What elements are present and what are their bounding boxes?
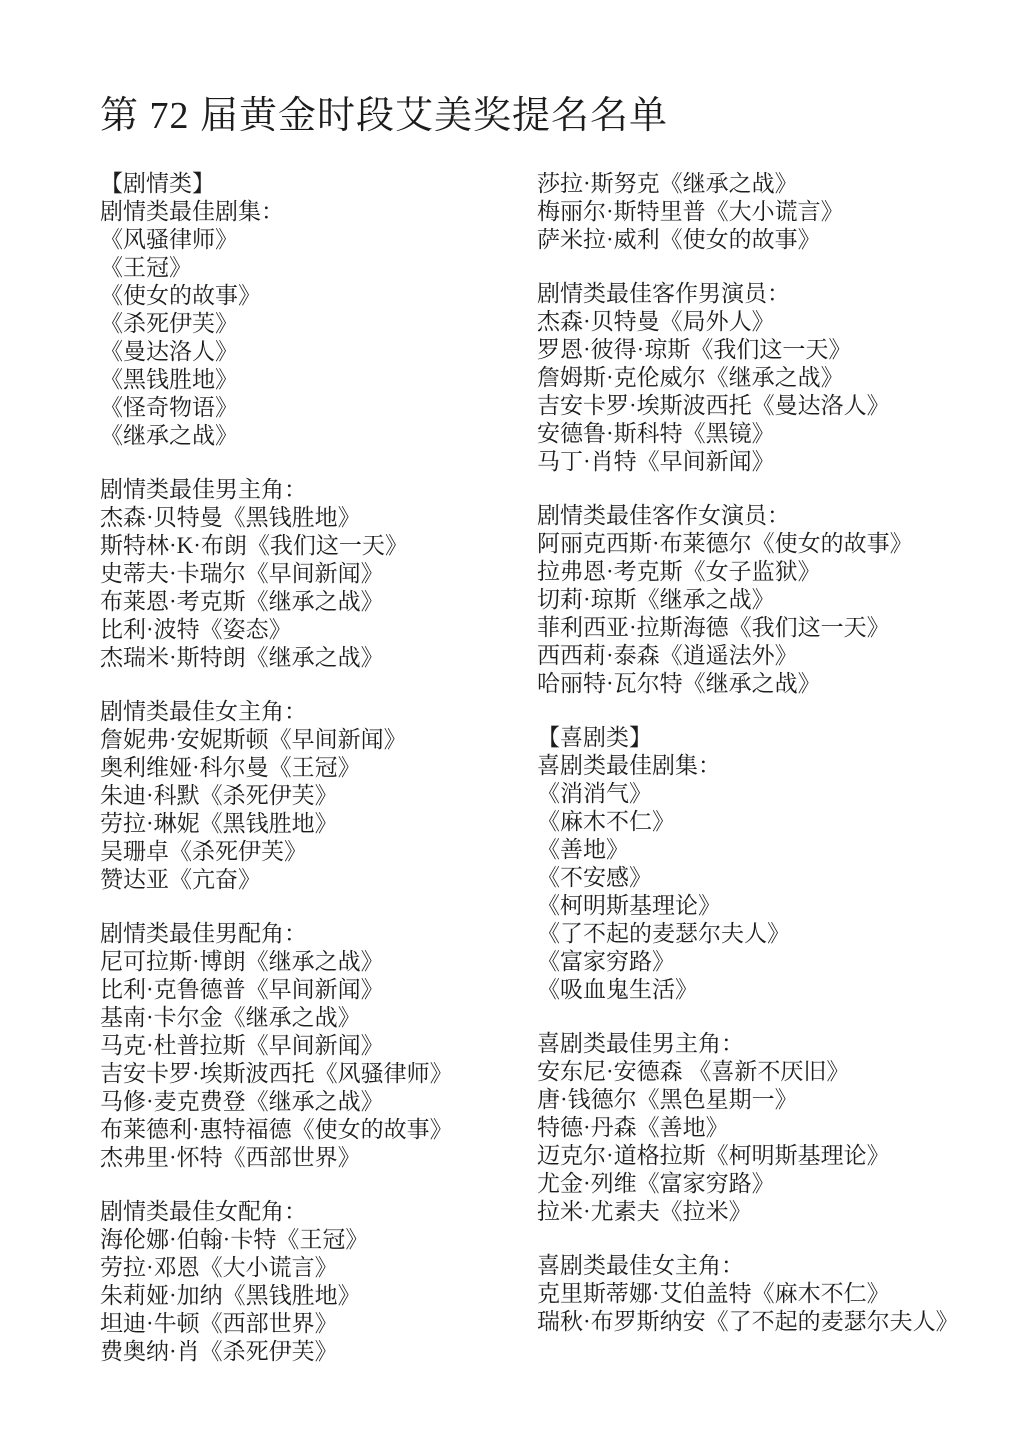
nomination-section: 剧情类最佳男配角：尼可拉斯·博朗《继承之战》比利·克鲁德普《早间新闻》基南·卡尔… xyxy=(100,920,520,1172)
section-header: 喜剧类最佳剧集： xyxy=(537,752,969,780)
section-header: 喜剧类最佳女主角： xyxy=(537,1252,969,1280)
nominee-line: 海伦娜·伯翰·卡特《王冠》 xyxy=(100,1226,520,1254)
section-header: 剧情类最佳女主角： xyxy=(100,698,520,726)
nomination-section: 【喜剧类】喜剧类最佳剧集：《消消气》《麻木不仁》《善地》《不安感》《柯明斯基理论… xyxy=(537,724,969,1004)
nominee-line: 《曼达洛人》 xyxy=(100,338,520,366)
nominee-line: 杰瑞米·斯特朗《继承之战》 xyxy=(100,644,520,672)
nominee-line: 比利·波特《姿态》 xyxy=(100,616,520,644)
section-header: 剧情类最佳客作女演员： xyxy=(537,502,969,530)
nomination-section: 莎拉·斯努克《继承之战》梅丽尔·斯特里普《大小谎言》萨米拉·威利《使女的故事》 xyxy=(537,170,969,254)
nominee-line: 赞达亚《亢奋》 xyxy=(100,866,520,894)
nominee-line: 尼可拉斯·博朗《继承之战》 xyxy=(100,948,520,976)
nominee-line: 罗恩·彼得·琼斯《我们这一天》 xyxy=(537,336,969,364)
category-tag: 【剧情类】 xyxy=(100,170,520,198)
nominee-line: 西西莉·泰森《逍遥法外》 xyxy=(537,642,969,670)
nomination-section: 喜剧类最佳女主角：克里斯蒂娜·艾伯盖特《麻木不仁》瑞秋·布罗斯纳安《了不起的麦瑟… xyxy=(537,1252,969,1336)
nominee-line: 布莱恩·考克斯《继承之战》 xyxy=(100,588,520,616)
section-header: 喜剧类最佳男主角： xyxy=(537,1030,969,1058)
nominee-line: 劳拉·琳妮《黑钱胜地》 xyxy=(100,810,520,838)
nomination-section: 剧情类最佳客作男演员：杰森·贝特曼《局外人》罗恩·彼得·琼斯《我们这一天》詹姆斯… xyxy=(537,280,969,476)
nominee-line: 《不安感》 xyxy=(537,864,969,892)
nominee-line: 费奥纳·肖《杀死伊芙》 xyxy=(100,1338,520,1366)
nominee-line: 安德鲁·斯科特《黑镜》 xyxy=(537,420,969,448)
nominee-line: 朱迪·科默《杀死伊芙》 xyxy=(100,782,520,810)
nominee-line: 安东尼·安德森 《喜新不厌旧》 xyxy=(537,1058,969,1086)
section-header: 剧情类最佳男主角： xyxy=(100,476,520,504)
section-header: 剧情类最佳客作男演员： xyxy=(537,280,969,308)
column-right: 莎拉·斯努克《继承之战》梅丽尔·斯特里普《大小谎言》萨米拉·威利《使女的故事》剧… xyxy=(537,170,969,1362)
category-tag: 【喜剧类】 xyxy=(537,724,969,752)
nominee-line: 《使女的故事》 xyxy=(100,282,520,310)
section-header: 剧情类最佳女配角： xyxy=(100,1198,520,1226)
nominee-line: 克里斯蒂娜·艾伯盖特《麻木不仁》 xyxy=(537,1280,969,1308)
nominee-line: 迈克尔·道格拉斯《柯明斯基理论》 xyxy=(537,1142,969,1170)
nominee-line: 奥利维娅·科尔曼《王冠》 xyxy=(100,754,520,782)
nominee-line: 杰森·贝特曼《局外人》 xyxy=(537,308,969,336)
nominee-line: 《黑钱胜地》 xyxy=(100,366,520,394)
nominee-line: 唐·钱德尔《黑色星期一》 xyxy=(537,1086,969,1114)
nominee-line: 斯特林·K·布朗《我们这一天》 xyxy=(100,532,520,560)
nominee-line: 菲利西亚·拉斯海德《我们这一天》 xyxy=(537,614,969,642)
nominee-line: 莎拉·斯努克《继承之战》 xyxy=(537,170,969,198)
nominee-line: 劳拉·邓恩《大小谎言》 xyxy=(100,1254,520,1282)
nominee-line: 《风骚律师》 xyxy=(100,226,520,254)
nominee-line: 杰弗里·怀特《西部世界》 xyxy=(100,1144,520,1172)
nominee-line: 《吸血鬼生活》 xyxy=(537,976,969,1004)
nominee-line: 杰森·贝特曼《黑钱胜地》 xyxy=(100,504,520,532)
nominee-line: 马克·杜普拉斯《早间新闻》 xyxy=(100,1032,520,1060)
nominee-line: 《继承之战》 xyxy=(100,422,520,450)
nominee-line: 吴珊卓《杀死伊芙》 xyxy=(100,838,520,866)
nominee-line: 萨米拉·威利《使女的故事》 xyxy=(537,226,969,254)
nominee-line: 《了不起的麦瑟尔夫人》 xyxy=(537,920,969,948)
nominee-line: 拉米·尤素夫《拉米》 xyxy=(537,1198,969,1226)
nominee-line: 布莱德利·惠特福德《使女的故事》 xyxy=(100,1116,520,1144)
nominee-line: 《杀死伊芙》 xyxy=(100,310,520,338)
nominee-line: 《消消气》 xyxy=(537,780,969,808)
nomination-section: 剧情类最佳女配角：海伦娜·伯翰·卡特《王冠》劳拉·邓恩《大小谎言》朱莉娅·加纳《… xyxy=(100,1198,520,1366)
nominee-line: 《怪奇物语》 xyxy=(100,394,520,422)
nominee-line: 马修·麦克费登《继承之战》 xyxy=(100,1088,520,1116)
nominee-line: 朱莉娅·加纳《黑钱胜地》 xyxy=(100,1282,520,1310)
nominee-line: 马丁·肖特《早间新闻》 xyxy=(537,448,969,476)
nominee-line: 基南·卡尔金《继承之战》 xyxy=(100,1004,520,1032)
nominee-line: 切莉·琼斯《继承之战》 xyxy=(537,586,969,614)
nominee-line: 瑞秋·布罗斯纳安《了不起的麦瑟尔夫人》 xyxy=(537,1308,969,1336)
nomination-section: 剧情类最佳女主角：詹妮弗·安妮斯顿《早间新闻》奥利维娅·科尔曼《王冠》朱迪·科默… xyxy=(100,698,520,894)
nominee-line: 哈丽特·瓦尔特《继承之战》 xyxy=(537,670,969,698)
column-left: 【剧情类】剧情类最佳剧集：《风骚律师》《王冠》《使女的故事》《杀死伊芙》《曼达洛… xyxy=(100,170,520,1392)
nominee-line: 《王冠》 xyxy=(100,254,520,282)
page-title: 第 72 届黄金时段艾美奖提名名单 xyxy=(100,84,668,139)
nominee-line: 坦迪·牛顿《西部世界》 xyxy=(100,1310,520,1338)
nominee-line: 比利·克鲁德普《早间新闻》 xyxy=(100,976,520,1004)
nominee-line: 吉安卡罗·埃斯波西托《曼达洛人》 xyxy=(537,392,969,420)
nomination-section: 剧情类最佳客作女演员：阿丽克西斯·布莱德尔《使女的故事》拉弗恩·考克斯《女子监狱… xyxy=(537,502,969,698)
nominee-line: 拉弗恩·考克斯《女子监狱》 xyxy=(537,558,969,586)
nominee-line: 梅丽尔·斯特里普《大小谎言》 xyxy=(537,198,969,226)
nominee-line: 《柯明斯基理论》 xyxy=(537,892,969,920)
nominee-line: 《麻木不仁》 xyxy=(537,808,969,836)
nominee-line: 阿丽克西斯·布莱德尔《使女的故事》 xyxy=(537,530,969,558)
nominee-line: 《善地》 xyxy=(537,836,969,864)
nominee-line: 尤金·列维《富家穷路》 xyxy=(537,1170,969,1198)
nominee-line: 特德·丹森《善地》 xyxy=(537,1114,969,1142)
nominee-line: 吉安卡罗·埃斯波西托《风骚律师》 xyxy=(100,1060,520,1088)
nomination-section: 【剧情类】剧情类最佳剧集：《风骚律师》《王冠》《使女的故事》《杀死伊芙》《曼达洛… xyxy=(100,170,520,450)
nominee-line: 史蒂夫·卡瑞尔《早间新闻》 xyxy=(100,560,520,588)
nominee-line: 詹妮弗·安妮斯顿《早间新闻》 xyxy=(100,726,520,754)
section-header: 剧情类最佳男配角： xyxy=(100,920,520,948)
section-header: 剧情类最佳剧集： xyxy=(100,198,520,226)
nominee-line: 詹姆斯·克伦威尔《继承之战》 xyxy=(537,364,969,392)
nomination-section: 喜剧类最佳男主角：安东尼·安德森 《喜新不厌旧》唐·钱德尔《黑色星期一》特德·丹… xyxy=(537,1030,969,1226)
nomination-section: 剧情类最佳男主角：杰森·贝特曼《黑钱胜地》斯特林·K·布朗《我们这一天》史蒂夫·… xyxy=(100,476,520,672)
nominee-line: 《富家穷路》 xyxy=(537,948,969,976)
